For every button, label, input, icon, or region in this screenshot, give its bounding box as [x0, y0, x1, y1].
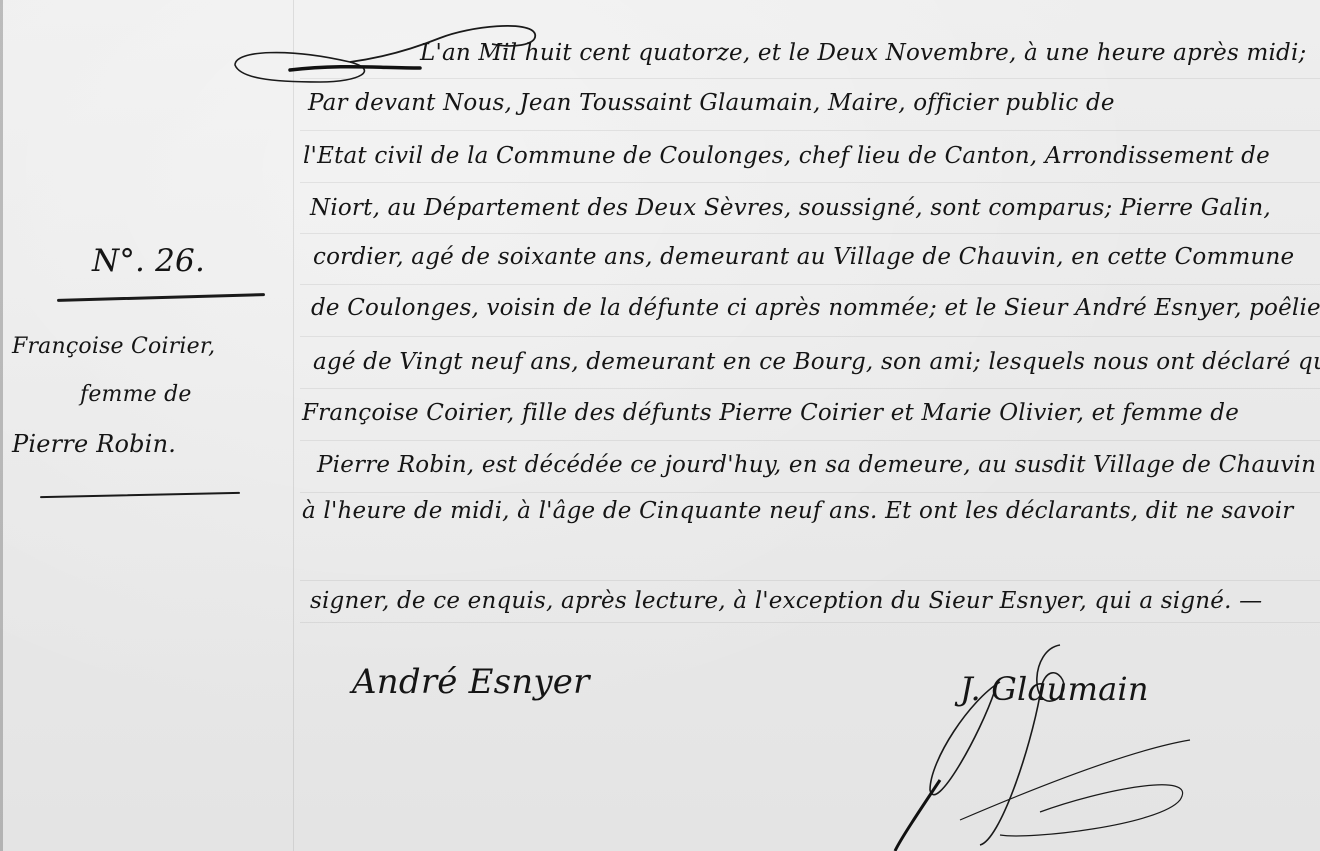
ruled-line — [300, 622, 1320, 623]
body-line: à l'heure de midi, à l'âge de Cinquante … — [302, 498, 1293, 524]
page-edge — [0, 0, 3, 851]
ruled-line — [300, 388, 1320, 389]
ruled-line — [300, 233, 1320, 234]
body-line: l'Etat civil de la Commune de Coulonges,… — [303, 143, 1270, 169]
ruled-line — [300, 182, 1320, 183]
record-number: N°. 26. — [92, 243, 205, 279]
ruled-line — [300, 284, 1320, 285]
ruled-line — [300, 492, 1320, 493]
body-line: Pierre Robin, est décédée ce jourd'huy, … — [317, 452, 1316, 478]
body-line: agé de Vingt neuf ans, demeurant en ce B… — [313, 349, 1320, 375]
spouse-name: Pierre Robin. — [12, 430, 176, 458]
ruled-line — [300, 336, 1320, 337]
margin-divider — [40, 492, 240, 498]
body-line: de Coulonges, voisin de la défunte ci ap… — [311, 295, 1320, 321]
ruled-line — [300, 440, 1320, 441]
margin-rule — [293, 0, 294, 851]
declarant-signature: André Esnyer — [352, 662, 590, 702]
mayor-signature: J. Glaumain — [960, 670, 1149, 708]
relation-label: femme de — [80, 382, 192, 407]
body-line: L'an Mil huit cent quatorze, et le Deux … — [420, 40, 1307, 66]
body-line: Par devant Nous, Jean Toussaint Glaumain… — [308, 90, 1115, 116]
body-line: Niort, au Département des Deux Sèvres, s… — [310, 195, 1271, 221]
body-line: cordier, agé de soixante ans, demeurant … — [313, 244, 1294, 270]
body-line: Françoise Coirier, fille des défunts Pie… — [302, 400, 1239, 426]
ruled-line — [300, 580, 1320, 581]
deceased-name: Françoise Coirier, — [12, 334, 215, 359]
ruled-line — [300, 130, 1320, 131]
margin-divider — [57, 293, 265, 302]
body-line: signer, de ce enquis, après lecture, à l… — [310, 588, 1262, 614]
document-page: N°. 26. Françoise Coirier, femme de Pier… — [0, 0, 1320, 851]
